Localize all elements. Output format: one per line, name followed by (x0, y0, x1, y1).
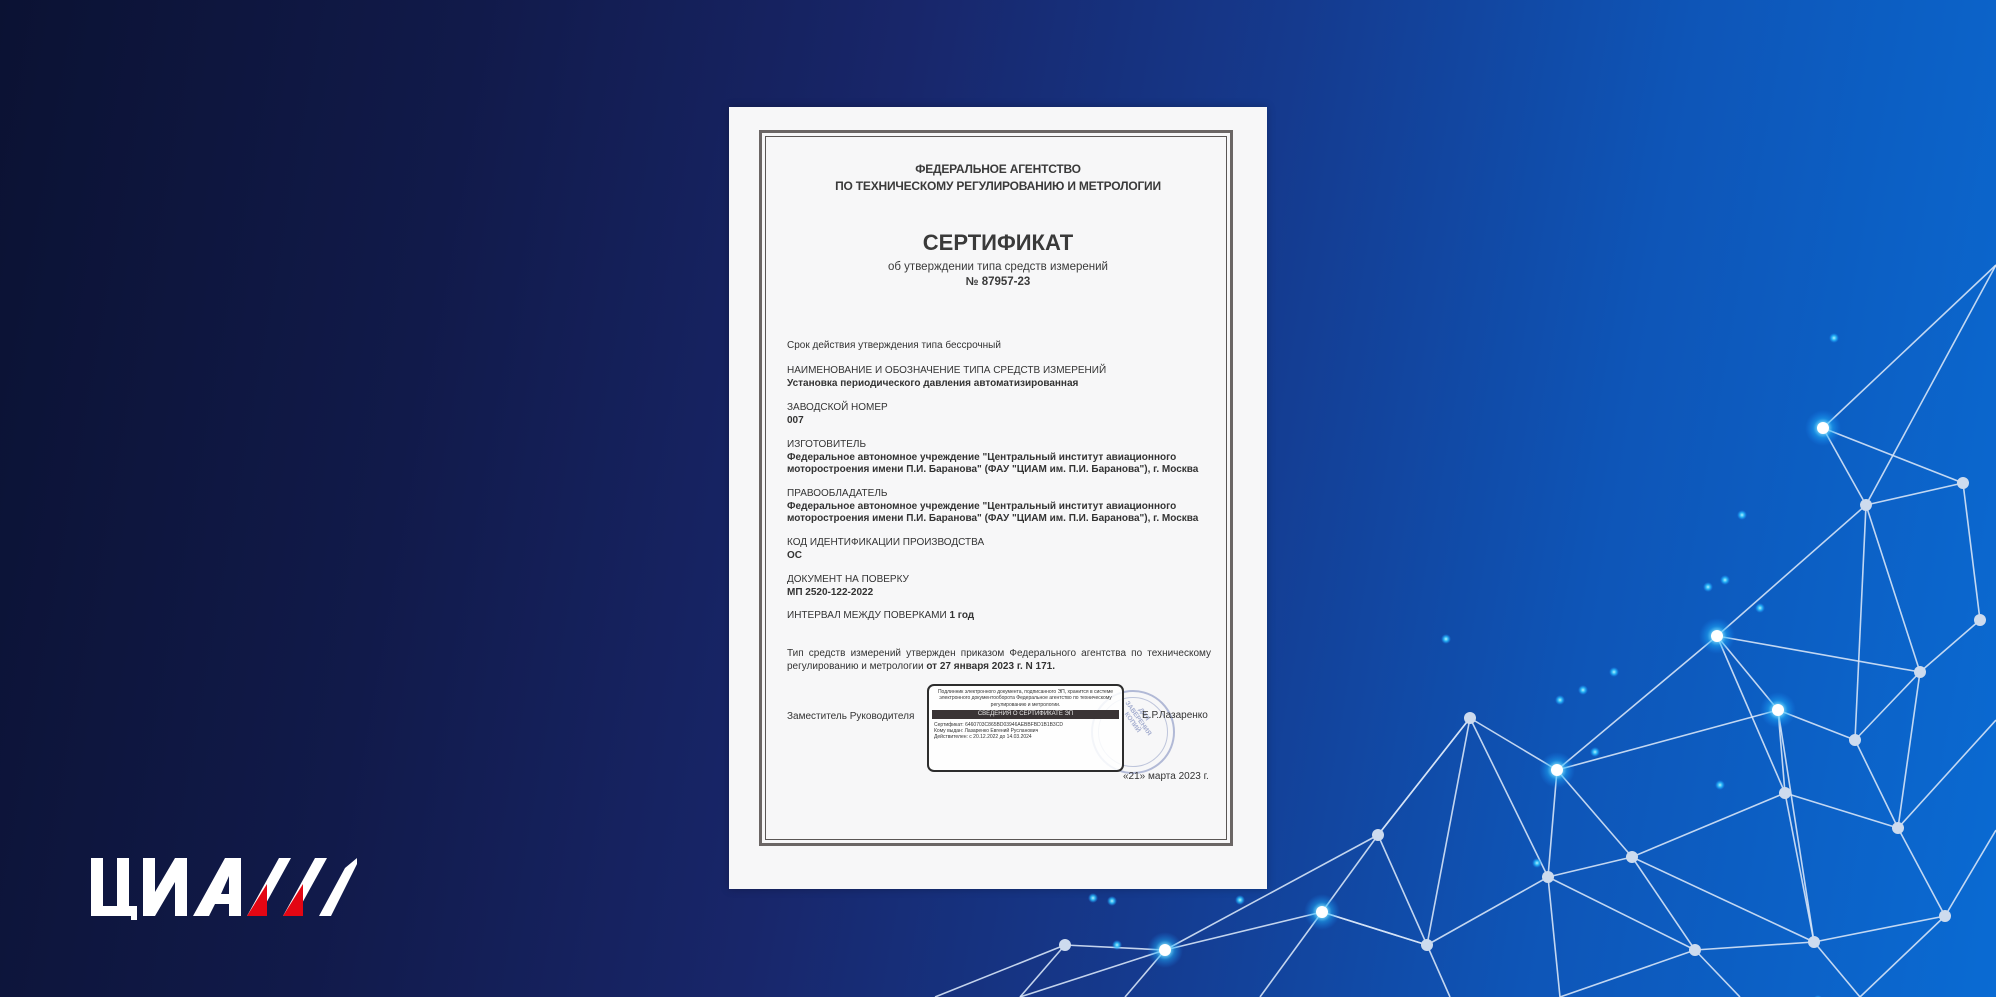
approval-order: от 27 января 2023 г. N 171. (926, 661, 1055, 672)
field-manufacturer: ИЗГОТОВИТЕЛЬ Федеральное автономное учре… (787, 439, 1217, 477)
issue-date: «21» марта 2023 г. (1123, 771, 1209, 782)
field-serial-number: ЗАВОДСКОЙ НОМЕР 007 (787, 402, 1217, 427)
agency-heading: ФЕДЕРАЛЬНОЕ АГЕНТСТВО ПО ТЕХНИЧЕСКОМУ РЕ… (729, 161, 1267, 195)
field-value: МП 2520-122-2022 (787, 587, 1217, 600)
field-value: Федеральное автономное учреждение "Центр… (787, 452, 1217, 477)
esig-bar-title: СВЕДЕНИЯ О СЕРТИФИКАТЕ ЭП (932, 710, 1119, 719)
ciam-logo (91, 858, 357, 920)
certificate-document: ФЕДЕРАЛЬНОЕ АГЕНТСТВО ПО ТЕХНИЧЕСКОМУ РЕ… (729, 107, 1267, 889)
field-label: ДОКУМЕНТ НА ПОВЕРКУ (787, 574, 1217, 587)
field-value: ОС (787, 550, 1217, 563)
validity-line: Срок действия утверждения типа бессрочны… (787, 340, 1217, 353)
approval-statement: Тип средств измерений утвержден приказом… (787, 647, 1211, 673)
signer-role: Заместитель Руководителя (787, 711, 914, 722)
esig-header: Подлинник электронного документа, подпис… (929, 686, 1122, 708)
interval-label: ИНТЕРВАЛ МЕЖДУ ПОВЕРКАМИ (787, 610, 947, 621)
field-value: Установка периодического давления автома… (787, 378, 1217, 391)
electronic-signature-block: Подлинник электронного документа, подпис… (927, 684, 1124, 772)
certificate-subtitle: об утверждении типа средств измерений № … (729, 260, 1267, 290)
field-label: ПРАВООБЛАДАТЕЛЬ (787, 488, 1217, 501)
field-production-code: КОД ИДЕНТИФИКАЦИИ ПРОИЗВОДСТВА ОС (787, 537, 1217, 562)
ciam-logo-icon (91, 858, 357, 920)
signer-name: Е.Р.Лазаренко (1142, 710, 1208, 721)
esig-valid: Действителен: с 20.12.2022 до 14.03.2024 (934, 734, 1117, 740)
field-verification-interval: ИНТЕРВАЛ МЕЖДУ ПОВЕРКАМИ 1 год (787, 610, 1217, 623)
field-value: Федеральное автономное учреждение "Центр… (787, 501, 1217, 526)
field-instrument-name: НАИМЕНОВАНИЕ И ОБОЗНАЧЕНИЕ ТИПА СРЕДСТВ … (787, 365, 1217, 390)
certificate-title: СЕРТИФИКАТ (729, 230, 1267, 256)
field-label: ИЗГОТОВИТЕЛЬ (787, 439, 1217, 452)
field-value: 007 (787, 415, 1217, 428)
interval-value: 1 год (949, 610, 974, 621)
field-label: НАИМЕНОВАНИЕ И ОБОЗНАЧЕНИЕ ТИПА СРЕДСТВ … (787, 365, 1217, 378)
field-rights-holder: ПРАВООБЛАДАТЕЛЬ Федеральное автономное у… (787, 488, 1217, 526)
field-label: КОД ИДЕНТИФИКАЦИИ ПРОИЗВОДСТВА (787, 537, 1217, 550)
subtitle-text: об утверждении типа средств измерений (888, 261, 1108, 273)
field-verification-document: ДОКУМЕНТ НА ПОВЕРКУ МП 2520-122-2022 (787, 574, 1217, 599)
agency-line-2: ПО ТЕХНИЧЕСКОМУ РЕГУЛИРОВАНИЮ И МЕТРОЛОГ… (729, 178, 1267, 195)
agency-line-1: ФЕДЕРАЛЬНОЕ АГЕНТСТВО (729, 161, 1267, 178)
field-label: ЗАВОДСКОЙ НОМЕР (787, 402, 1217, 415)
certificate-number: № 87957-23 (729, 275, 1267, 290)
